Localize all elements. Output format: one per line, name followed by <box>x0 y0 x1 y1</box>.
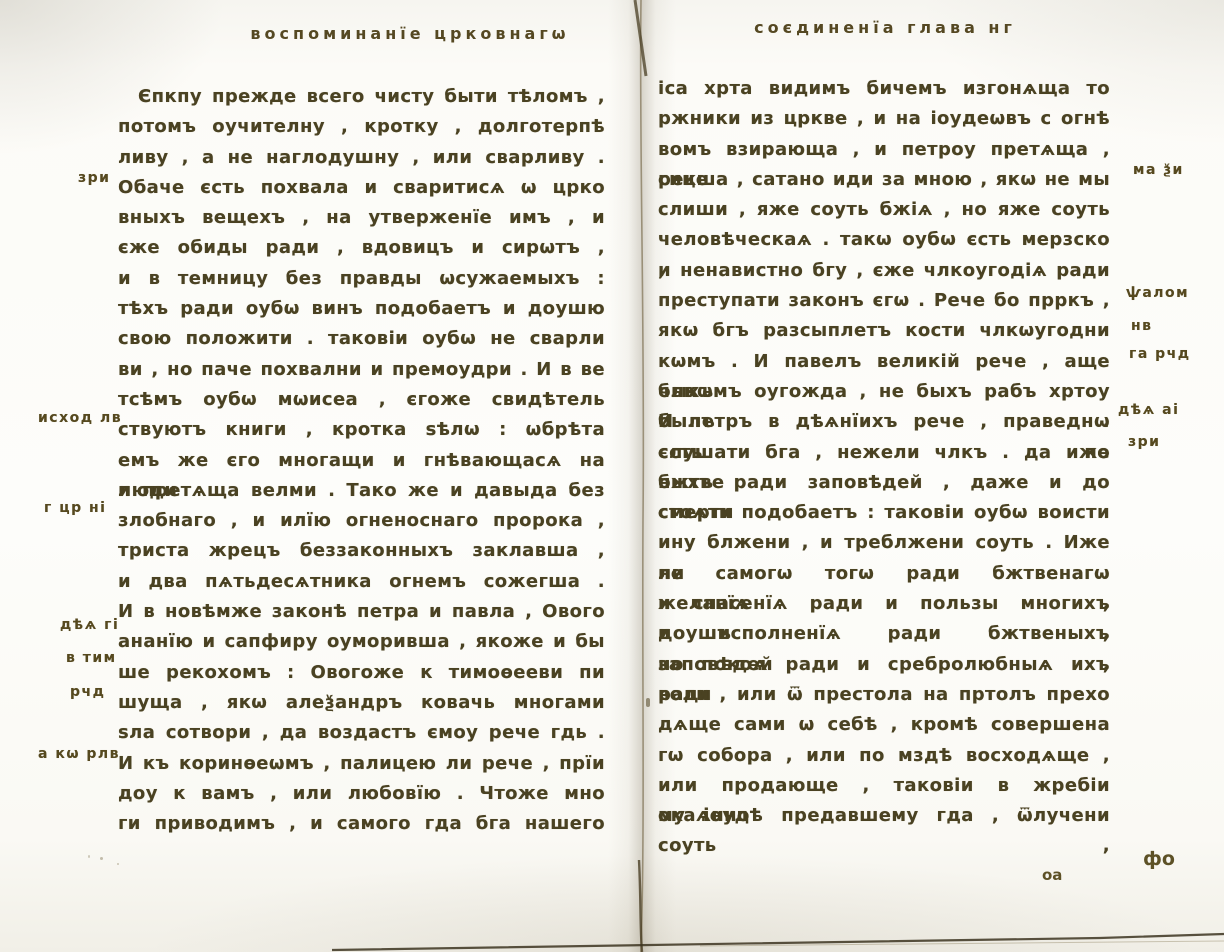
text-line: воли , или ѿ престола на пртолъ прехо <box>658 680 1110 710</box>
text-line: якω бгъ разсыплетъ кости члкωугодни <box>658 316 1110 346</box>
margin-note-kings: г цр ні <box>44 500 106 516</box>
text-line: преступати законъ єгω . Рече бо прркъ , <box>658 286 1110 316</box>
text-line: шуща , якω алеѯандръ ковачь многами <box>118 688 605 718</box>
text-line: потомъ оучителну , кротку , долготерпѣ <box>118 112 605 142</box>
text-line: ше рекохомъ : Овогоже к тимоѳееви пи <box>118 658 605 688</box>
margin-note-galatians: га рчд <box>1129 346 1191 362</box>
quire-mark: оа <box>1042 866 1062 884</box>
text-line: человѣческаѧ . такω оубω єсть мерзско , <box>658 225 1110 255</box>
text-line: И в новѣмже законѣ петра и павла , Ового <box>118 597 605 627</box>
text-line: ви , но паче похвални и премоудри . И в … <box>118 355 605 385</box>
bottom-page-edge-shadow <box>700 941 1224 946</box>
text-line: ныхъ ради заповѣдей , даже и до смерти <box>658 468 1110 498</box>
text-line: и спасенїѧ ради и пользы многихъ доушъ , <box>658 589 1110 619</box>
book-scan: воспоминанїе црковнагω Єпкпу прежде всег… <box>0 0 1224 952</box>
text-line: слиши , яже соуть бжіѧ , но яже соуть <box>658 195 1110 225</box>
margin-note-acts-right: дѣѧ аі <box>1118 402 1179 418</box>
ink-speck <box>88 855 90 858</box>
text-line: ги приводимъ , и самого гда бга нашего <box>118 809 605 839</box>
left-text-column: Єпкпу прежде всего чисту быти тѣломъ ,по… <box>118 82 605 839</box>
text-line: ржники из цркве , и на іоудеѡвъ с огнѣ <box>658 104 1110 134</box>
left-running-header: воспоминанїе црковнагω <box>215 24 605 43</box>
right-text-column: іса хрта видимъ бичемъ изгонѧща торжники… <box>658 74 1110 831</box>
text-line: іса хрта видимъ бичемъ изгонѧща то <box>658 74 1110 104</box>
text-line: и претѧща велми . Тако же и давыда без <box>118 476 605 506</box>
right-running-header: соєдиненїа глава нг <box>705 18 1065 37</box>
text-line: Єпкпу прежде всего чисту быти тѣломъ , <box>118 82 605 112</box>
text-line: ствуютъ книги , кротка ѕѣлω : ѡбрѣта <box>118 415 605 445</box>
text-line: члкωмъ оугожда , не быхъ рабъ хртоу былъ… <box>658 377 1110 407</box>
text-line: или продающе , таковіи в жребіи окаѧнно <box>658 771 1110 801</box>
text-line: дѧще сами ѡ себѣ , кромѣ совершена <box>658 710 1110 740</box>
text-line: тѣхъ ради оубω винъ подобаетъ и доушю <box>118 294 605 324</box>
margin-note-zri-right: зри <box>1128 434 1160 450</box>
margin-note-acts-left: дѣѧ гі <box>60 617 119 633</box>
margin-note-psalm-number: нв <box>1131 318 1153 334</box>
text-line: но покоѧ ради и сребролюбныѧ ихъ ради <box>658 650 1110 680</box>
text-line: злобнаго , и илїю огненоснаго пророка , <box>118 506 605 536</box>
margin-note-zachalo: рчд <box>70 684 105 700</box>
text-line: Обаче єсть похвала и сваритисѧ ѡ црко <box>118 173 605 203</box>
text-line: и два пѧтьдесѧтника огнемъ сожегша . <box>118 567 605 597</box>
text-line: рекша , сатано иди за мною , якω не мы <box>658 165 1110 195</box>
text-line: не самогω тогω ради бжтвенагω желанїѧ , <box>658 559 1110 589</box>
text-line: доу к вамъ , или любовїю . Чтоже мно <box>118 779 605 809</box>
text-line: ину блжени , и треблжени соуть . Иже ли <box>658 528 1110 558</box>
text-line: свою положити . таковіи оубω не сварли <box>118 324 605 354</box>
text-line: му іоудѣ предавшему гда , ѿлучени соуть … <box>658 801 1110 831</box>
text-line: стоѧти подобаетъ : таковіи оубω воисти <box>658 498 1110 528</box>
margin-note-zri-left: зри <box>78 170 110 186</box>
fold-mark <box>646 698 650 707</box>
ink-speck <box>117 863 119 865</box>
text-line: ѕла сотвори , да воздастъ ємоу рече гдь … <box>118 718 605 748</box>
text-line: гω собора , или по мздѣ восходѧще , <box>658 741 1110 771</box>
text-line: триста жрецъ беззаконныхъ заклавша , <box>118 536 605 566</box>
text-line: вныхъ вещехъ , на утверженїе имъ , и <box>118 203 605 233</box>
text-line: И петръ в дѣѧнїихъ рече , праведнω єсть … <box>658 407 1110 437</box>
margin-note-exodus: исход лв <box>38 410 122 426</box>
text-line: емъ же єго многащи и гнѣвающасѧ на люди <box>118 446 605 476</box>
text-line: и исполненїѧ ради бжтвеныхъ заповѣдей , <box>658 619 1110 649</box>
text-line: И къ коринѳеѡмъ , палицею ли рече , прїи <box>118 749 605 779</box>
text-line: єже обиды ради , вдовицъ и сирѡтъ , <box>118 233 605 263</box>
page-number: фо <box>1143 848 1175 870</box>
bottom-page-edge <box>332 934 1224 950</box>
margin-note-matthew: ма ѯи <box>1133 162 1184 178</box>
margin-note-corinthians: а кѡ рлв <box>38 746 120 762</box>
text-line: и ненавистно бгу , єже члкоугодіѧ ради <box>658 256 1110 286</box>
text-line: ливу , а не наглодушну , или сварливу . <box>118 143 605 173</box>
text-line: и в темницу без правды ѡсужаемыхъ : <box>118 264 605 294</box>
ink-speck <box>100 857 103 860</box>
text-line: тсѣмъ оубω мѡисеа , єгоже свидѣтель <box>118 385 605 415</box>
margin-note-psalm: ѱалом <box>1126 285 1189 301</box>
text-line: слушати бга , нежели члкъ . да иже бжтве <box>658 438 1110 468</box>
margin-note-timothy: в тим <box>66 650 117 666</box>
text-line: кωмъ . И павелъ великій рече , аще быхъ <box>658 347 1110 377</box>
text-line: ананїю и сапфиру оуморивша , якоже и бы <box>118 627 605 657</box>
text-line: вомъ взирающа , и петроу претѧща , сице <box>658 135 1110 165</box>
